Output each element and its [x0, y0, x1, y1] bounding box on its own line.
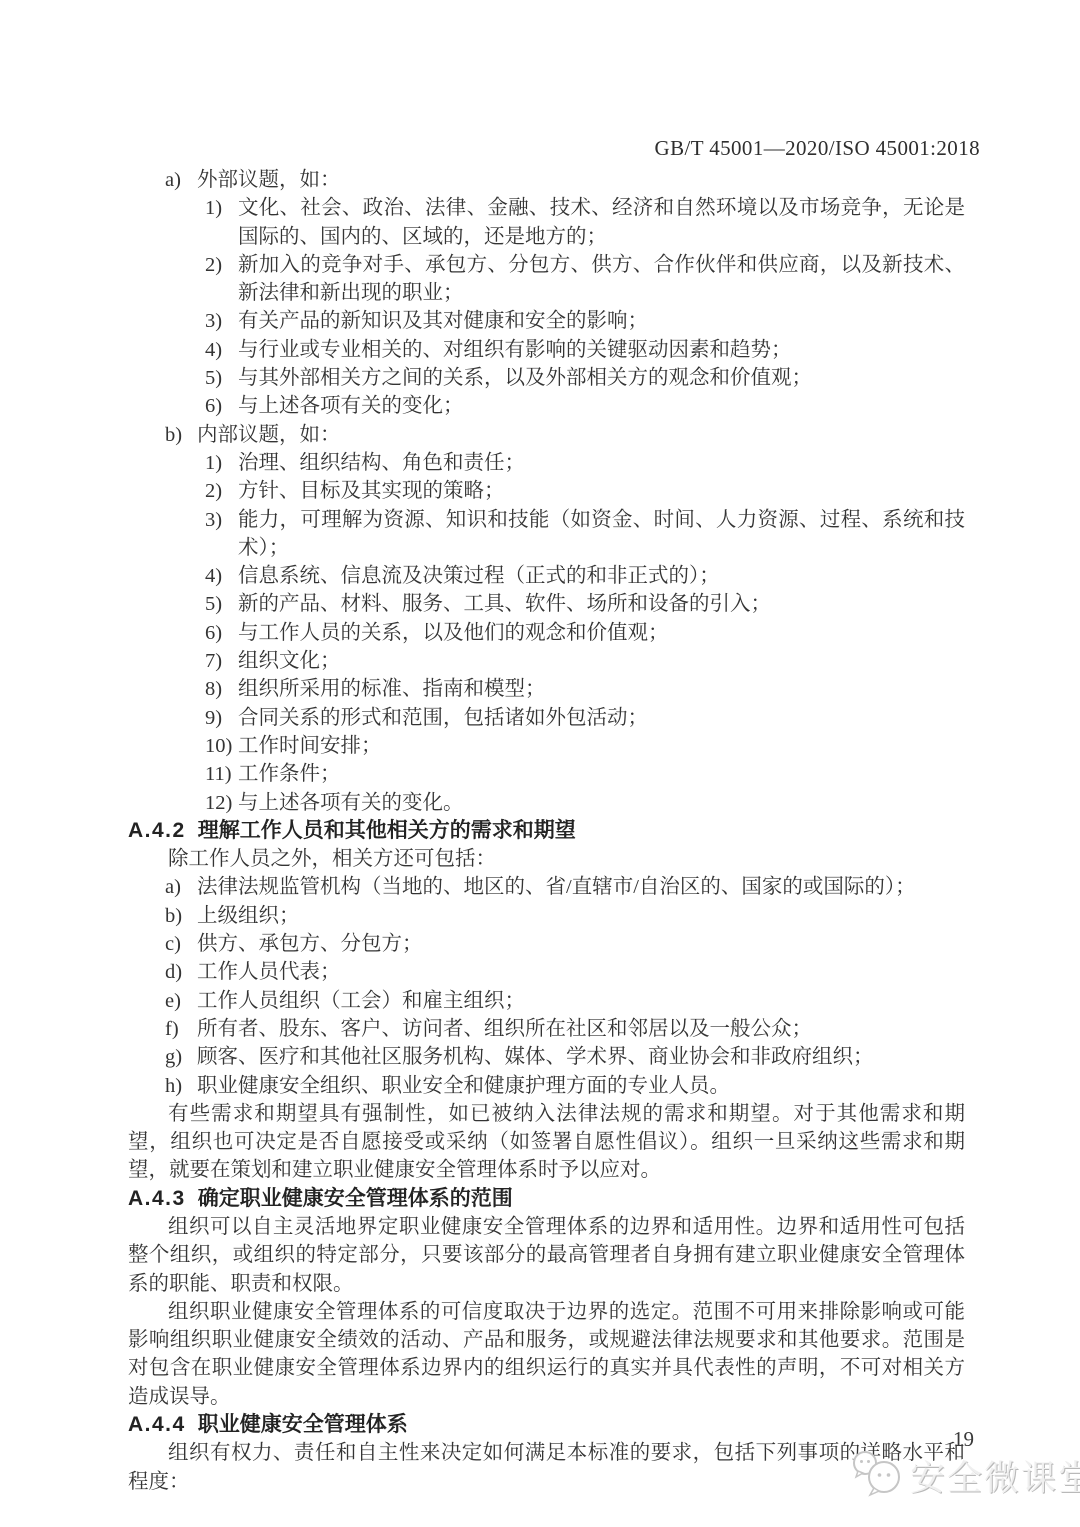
list-item: 12) 与上述各项有关的变化。 [128, 789, 965, 817]
list-item-text: 新加入的竞争对手、承包方、分包方、供方、合作伙伴和供应商，以及新技术、新法律和新… [238, 251, 965, 308]
list-item-text: 法律法规监管机构（当地的、地区的、省/直辖市/自治区的、国家的或国际的）； [197, 873, 965, 901]
list-item: h) 职业健康安全组织、职业安全和健康护理方面的专业人员。 [128, 1072, 965, 1100]
list-item-text: 信息系统、信息流及决策过程（正式的和非正式的）； [238, 562, 965, 590]
section-a44-heading: A.4.4职业健康安全管理体系 [128, 1411, 965, 1439]
list-item-text: 内部议题，如： [197, 421, 965, 449]
paragraph: 组织可以自主灵活地界定职业健康安全管理体系的边界和适用性。边界和适用性可包括整个… [128, 1213, 965, 1298]
list-item: b) 内部议题，如： [128, 421, 965, 449]
list-item-text: 文化、社会、政治、法律、金融、技术、经济和自然环境以及市场竞争，无论是国际的、国… [238, 194, 965, 251]
list-item-marker: c) [165, 930, 197, 958]
list-item-marker: 6) [205, 619, 238, 647]
list-item: 4) 信息系统、信息流及决策过程（正式的和非正式的）； [128, 562, 965, 590]
list-item: a) 外部议题，如： [128, 166, 965, 194]
list-item-marker: 2) [205, 477, 238, 505]
list-item-marker: a) [165, 166, 197, 194]
list-item: 11) 工作条件； [128, 760, 965, 788]
list-item-text: 组织文化； [238, 647, 965, 675]
paragraph: 除工作人员之外，相关方还可包括： [128, 845, 965, 873]
list-item: 7) 组织文化； [128, 647, 965, 675]
list-item-text: 有关产品的新知识及其对健康和安全的影响； [238, 307, 965, 335]
list-item: 3) 能力，可理解为资源、知识和技能（如资金、时间、人力资源、过程、系统和技术）… [128, 506, 965, 563]
list-item: e) 工作人员组织（工会）和雇主组织； [128, 987, 965, 1015]
list-item-text: 能力，可理解为资源、知识和技能（如资金、时间、人力资源、过程、系统和技术）； [238, 506, 965, 563]
list-item-text: 上级组织； [197, 902, 965, 930]
list-item: b) 上级组织； [128, 902, 965, 930]
watermark-text: 安全微课堂 [910, 1451, 1080, 1501]
list-item-text: 工作人员代表； [197, 958, 965, 986]
list-item-text: 治理、组织结构、角色和责任； [238, 449, 965, 477]
list-item-marker: 6) [205, 392, 238, 420]
list-item-marker: 1) [205, 194, 238, 251]
list-item-marker: a) [165, 873, 197, 901]
list-item: 3) 有关产品的新知识及其对健康和安全的影响； [128, 307, 965, 335]
list-item-text: 工作人员组织（工会）和雇主组织； [197, 987, 965, 1015]
list-item: 5) 新的产品、材料、服务、工具、软件、场所和设备的引入； [128, 590, 965, 618]
list-item-marker: b) [165, 902, 197, 930]
section-a43-heading: A.4.3确定职业健康安全管理体系的范围 [128, 1185, 965, 1213]
section-number: A.4.2 [128, 819, 186, 842]
list-item-marker: 3) [205, 307, 238, 335]
list-item: 9) 合同关系的形式和范围，包括诸如外包活动； [128, 704, 965, 732]
section-number: A.4.4 [128, 1413, 186, 1436]
list-item-text: 工作时间安排； [238, 732, 965, 760]
list-item-text: 与工作人员的关系，以及他们的观念和价值观； [238, 619, 965, 647]
list-item-text: 组织所采用的标准、指南和模型； [238, 675, 965, 703]
section-number: A.4.3 [128, 1187, 186, 1210]
wechat-chat-bubbles-icon [850, 1448, 906, 1503]
list-item-text: 所有者、股东、客户、访问者、组织所在社区和邻居以及一般公众； [197, 1015, 965, 1043]
list-item: 4) 与行业或专业相关的、对组织有影响的关键驱动因素和趋势； [128, 336, 965, 364]
watermark: 安全微课堂 [850, 1448, 1080, 1503]
list-item-text: 供方、承包方、分包方； [197, 930, 965, 958]
list-item-marker: 11) [205, 760, 238, 788]
list-item-marker: 5) [205, 590, 238, 618]
list-item-marker: 1) [205, 449, 238, 477]
list-item-marker: 10) [205, 732, 238, 760]
paragraph: 组织职业健康安全管理体系的可信度取决于边界的选定。范围不可用来排除影响或可能影响… [128, 1298, 965, 1411]
list-item: c) 供方、承包方、分包方； [128, 930, 965, 958]
list-item-marker: 3) [205, 506, 238, 563]
list-item-marker: d) [165, 958, 197, 986]
list-item: 8) 组织所采用的标准、指南和模型； [128, 675, 965, 703]
list-item-marker: 12) [205, 789, 238, 817]
list-item-text: 顾客、医疗和其他社区服务机构、媒体、学术界、商业协会和非政府组织； [197, 1043, 965, 1071]
list-item-marker: g) [165, 1043, 197, 1071]
list-item-text: 与上述各项有关的变化； [238, 392, 965, 420]
list-item: 1) 文化、社会、政治、法律、金融、技术、经济和自然环境以及市场竞争，无论是国际… [128, 194, 965, 251]
list-item: f) 所有者、股东、客户、访问者、组织所在社区和邻居以及一般公众； [128, 1015, 965, 1043]
list-item: g) 顾客、医疗和其他社区服务机构、媒体、学术界、商业协会和非政府组织； [128, 1043, 965, 1071]
list-item: d) 工作人员代表； [128, 958, 965, 986]
list-item-text: 工作条件； [238, 760, 965, 788]
document-body: a) 外部议题，如： 1) 文化、社会、政治、法律、金融、技术、经济和自然环境以… [128, 166, 965, 1496]
list-item-marker: 2) [205, 251, 238, 308]
section-a42-heading: A.4.2理解工作人员和其他相关方的需求和期望 [128, 817, 965, 845]
list-item: 2) 新加入的竞争对手、承包方、分包方、供方、合作伙伴和供应商，以及新技术、新法… [128, 251, 965, 308]
list-item-marker: e) [165, 987, 197, 1015]
list-item-marker: 8) [205, 675, 238, 703]
list-item-marker: 9) [205, 704, 238, 732]
paragraph: 组织有权力、责任和自主性来决定如何满足本标准的要求，包括下列事项的详略水平和程度… [128, 1439, 965, 1496]
document-page: GB/T 45001—2020/ISO 45001:2018 a) 外部议题，如… [0, 0, 1080, 1527]
paragraph: 有些需求和期望具有强制性，如已被纳入法律法规的需求和期望。对于其他需求和期望，组… [128, 1100, 965, 1185]
list-item-marker: 7) [205, 647, 238, 675]
section-title: 确定职业健康安全管理体系的范围 [198, 1187, 513, 1210]
section-title: 职业健康安全管理体系 [198, 1413, 408, 1436]
list-item: 2) 方针、目标及其实现的策略； [128, 477, 965, 505]
list-item-text: 合同关系的形式和范围，包括诸如外包活动； [238, 704, 965, 732]
section-title: 理解工作人员和其他相关方的需求和期望 [198, 819, 576, 842]
list-item-marker: 5) [205, 364, 238, 392]
list-item: a) 法律法规监管机构（当地的、地区的、省/直辖市/自治区的、国家的或国际的）； [128, 873, 965, 901]
list-item: 1) 治理、组织结构、角色和责任； [128, 449, 965, 477]
list-item-text: 职业健康安全组织、职业安全和健康护理方面的专业人员。 [197, 1072, 965, 1100]
list-item-marker: f) [165, 1015, 197, 1043]
list-item-marker: 4) [205, 562, 238, 590]
list-item-marker: b) [165, 421, 197, 449]
list-item-text: 与行业或专业相关的、对组织有影响的关键驱动因素和趋势； [238, 336, 965, 364]
list-item-marker: h) [165, 1072, 197, 1100]
list-item-marker: 4) [205, 336, 238, 364]
list-item: 6) 与上述各项有关的变化； [128, 392, 965, 420]
list-item-text: 与其外部相关方之间的关系，以及外部相关方的观念和价值观； [238, 364, 965, 392]
list-item: 5) 与其外部相关方之间的关系，以及外部相关方的观念和价值观； [128, 364, 965, 392]
list-item-text: 与上述各项有关的变化。 [238, 789, 965, 817]
standard-reference: GB/T 45001—2020/ISO 45001:2018 [655, 136, 980, 161]
list-item: 6) 与工作人员的关系，以及他们的观念和价值观； [128, 619, 965, 647]
list-item: 10) 工作时间安排； [128, 732, 965, 760]
list-item-text: 新的产品、材料、服务、工具、软件、场所和设备的引入； [238, 590, 965, 618]
list-item-text: 外部议题，如： [197, 166, 965, 194]
list-item-text: 方针、目标及其实现的策略； [238, 477, 965, 505]
